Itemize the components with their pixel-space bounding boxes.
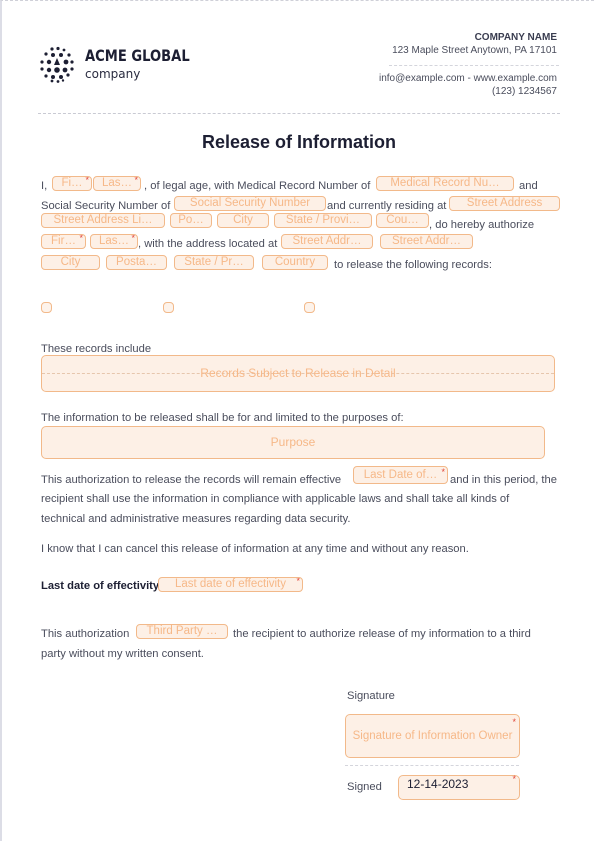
postal-code-field[interactable]: Po…: [170, 213, 212, 228]
third-party-text-1: This authorization: [41, 628, 129, 640]
record-type-checkbox-1[interactable]: [41, 302, 52, 313]
header-bottom-divider: [38, 113, 560, 114]
record-type-checkbox-3[interactable]: [304, 302, 315, 313]
effective-text-1: This authorization to release the record…: [41, 474, 341, 486]
text-residing: and currently residing at: [327, 200, 446, 212]
effective-text-2: and in this period, the: [450, 474, 557, 486]
purpose-field[interactable]: Purpose: [41, 426, 545, 459]
city-field[interactable]: City: [217, 213, 269, 228]
records-detail-field[interactable]: Records Subject to Release in Detail: [41, 355, 555, 392]
text-ssn-of: Social Security Number of: [41, 200, 170, 212]
contact-line: info@example.com - www.example.com: [379, 73, 557, 84]
first-name-field[interactable]: Fi…: [52, 176, 92, 191]
header-divider: [389, 65, 559, 66]
dotted-globe-icon: [38, 45, 76, 83]
recipient-last-name-field[interactable]: Las…: [90, 234, 138, 249]
third-party-field[interactable]: Third Party …: [136, 624, 228, 639]
logo-title: ACME GLOBAL: [85, 46, 190, 65]
ssn-field[interactable]: Social Security Number: [174, 196, 326, 211]
street-address-field[interactable]: Street Address: [449, 196, 560, 211]
last-name-field[interactable]: Las…: [93, 176, 141, 191]
purpose-label: The information to be released shall be …: [41, 412, 404, 424]
document-title: Release of Information: [2, 132, 594, 153]
last-date-of-effectivity-field[interactable]: Last date of effectivity: [158, 577, 303, 592]
effective-text-line3: technical and administrative measures re…: [41, 513, 350, 525]
effective-text-line2: recipient shall use the information in c…: [41, 493, 509, 505]
company-address: 123 Maple Street Anytown, PA 17101: [392, 45, 557, 56]
signature-label: Signature: [347, 690, 395, 702]
last-date-of-effectivity-inline-field[interactable]: Last Date of…: [353, 466, 448, 484]
signature-field[interactable]: Signature of Information Owner *: [345, 714, 520, 758]
text-and: and: [519, 180, 538, 192]
third-party-text-line2: party without my written consent.: [41, 648, 204, 660]
recipient-street2-field[interactable]: Street Addr…: [380, 234, 473, 249]
text-i: I,: [41, 180, 47, 192]
signature-divider: [345, 765, 519, 766]
last-date-label: Last date of effectivity: [41, 580, 159, 592]
phone-number: (123) 1234567: [492, 86, 557, 97]
text-release-records: to release the following records:: [334, 259, 492, 271]
text-authorize: , do hereby authorize: [429, 219, 534, 231]
third-party-text-2: the recipient to authorize release of my…: [233, 628, 531, 640]
recipient-first-name-field[interactable]: Fir…: [41, 234, 86, 249]
medical-record-number-field[interactable]: Medical Record Nu…: [376, 176, 514, 191]
country-field[interactable]: Cou…: [376, 213, 429, 228]
recipient-city-field[interactable]: City: [41, 255, 100, 270]
signed-label: Signed: [347, 781, 382, 793]
recipient-state-field[interactable]: State / Pr…: [174, 255, 254, 270]
recipient-postal-field[interactable]: Posta…: [106, 255, 167, 270]
state-province-field[interactable]: State / Provi…: [274, 213, 372, 228]
recipient-country-field[interactable]: Country: [262, 255, 328, 270]
street-address-line2-field[interactable]: Street Address Li…: [41, 213, 165, 228]
cancel-statement: I know that I can cancel this release of…: [41, 543, 469, 555]
signed-date-field[interactable]: 12-14-2023 *: [398, 775, 520, 800]
company-name: COMPANY NAME: [475, 32, 557, 43]
document-page: ACME GLOBAL company COMPANY NAME 123 Map…: [0, 0, 594, 841]
text-legal-age: , of legal age, with Medical Record Numb…: [144, 180, 370, 192]
text-address-located: , with the address located at: [138, 238, 277, 250]
recipient-street1-field[interactable]: Street Addr…: [281, 234, 373, 249]
records-include-label: These records include: [41, 343, 151, 355]
logo-subtitle: company: [85, 67, 140, 81]
record-type-checkbox-2[interactable]: [163, 302, 174, 313]
